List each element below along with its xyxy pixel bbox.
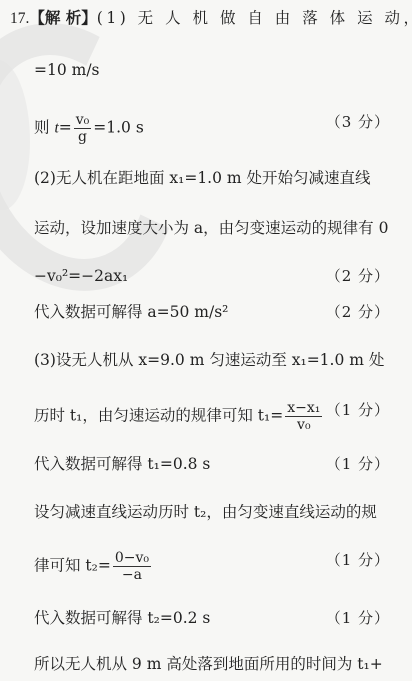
- line-text: 代入数据可解得 t₁=0.8 s: [34, 455, 210, 473]
- solution-header-line: 17.【解 析】(1) 无 人 机 做 自 由 落 体 运 动，达 到 v₀: [10, 8, 412, 29]
- score-badge: （2 分）: [326, 302, 390, 322]
- line-text: 设匀减速直线运动历时 t₂，由匀变速直线运动的规: [34, 503, 377, 521]
- score-badge: （1 分）: [326, 550, 390, 570]
- line-11: 设匀减速直线运动历时 t₂，由匀变速直线运动的规: [34, 502, 412, 522]
- score-badge: （3 分）: [326, 112, 390, 132]
- line-14: 所以无人机从 9 m 高处落到地面所用的时间为 t₁+: [34, 654, 412, 674]
- line-text: 所以无人机从 9 m 高处落到地面所用的时间为 t₁+: [34, 655, 383, 673]
- score-badge: （1 分）: [326, 454, 390, 474]
- fraction-denominator: v₀: [295, 417, 313, 433]
- line-text: 代入数据可解得 t₂=0.2 s: [34, 609, 210, 627]
- line-text: 运动，设加速度大小为 a，由匀变速运动的规律有 0: [34, 219, 388, 237]
- fraction: v₀g: [74, 112, 92, 145]
- line-3: 则 t=v₀g=1.0 s （3 分）: [34, 112, 412, 145]
- fraction-numerator: v₀: [74, 112, 92, 129]
- analysis-label: 【解 析】: [29, 8, 96, 27]
- line-8: (3)设无人机从 x=9.0 m 匀速运动至 x₁=1.0 m 处: [34, 350, 412, 370]
- line-6: −v₀²=−2ax₁ （2 分）: [34, 266, 412, 286]
- line-10: 代入数据可解得 t₁=0.8 s （1 分）: [34, 454, 412, 474]
- line-12: 律可知 t₂=0−v₀−a （1 分）: [34, 550, 412, 583]
- line-text: =10 m/s: [34, 61, 100, 79]
- line-prefix: 则: [34, 119, 54, 137]
- line-rest: =1.0 s: [93, 119, 144, 137]
- score-badge: （1 分）: [326, 608, 390, 628]
- line-7: 代入数据可解得 a=50 m/s² （2 分）: [34, 302, 412, 322]
- line-13: 代入数据可解得 t₂=0.2 s （1 分）: [34, 608, 412, 628]
- score-badge: （1 分）: [326, 400, 390, 420]
- line-9: 历时 t₁，由匀速运动的规律可知 t₁=x−x₁v₀ （1 分）: [34, 400, 412, 433]
- line-text: (2)无人机在距地面 x₁=1.0 m 处开始匀减速直线: [34, 169, 371, 187]
- line-2: =10 m/s: [34, 60, 412, 80]
- line-text: (1) 无 人 机 做 自 由 落 体 运 动，达 到 v₀: [97, 9, 412, 27]
- line-text: 代入数据可解得 a=50 m/s²: [34, 303, 228, 321]
- score-badge: （2 分）: [326, 266, 390, 286]
- fraction-denominator: −a: [120, 567, 144, 583]
- line-prefix: 历时 t₁，由匀速运动的规律可知 t₁=: [34, 407, 283, 425]
- problem-number: 17.: [10, 10, 29, 27]
- fraction-numerator: x−x₁: [285, 400, 322, 417]
- fraction-denominator: g: [76, 129, 89, 145]
- line-text: −v₀²=−2ax₁: [34, 267, 128, 285]
- fraction: x−x₁v₀: [285, 400, 322, 433]
- line-4: (2)无人机在距地面 x₁=1.0 m 处开始匀减速直线: [34, 168, 412, 188]
- line-text: (3)设无人机从 x=9.0 m 匀速运动至 x₁=1.0 m 处: [34, 351, 384, 369]
- line-5: 运动，设加速度大小为 a，由匀变速运动的规律有 0: [34, 218, 412, 238]
- fraction-numerator: 0−v₀: [113, 550, 151, 567]
- equals: =: [59, 119, 72, 137]
- fraction: 0−v₀−a: [113, 550, 151, 583]
- line-prefix: 律可知 t₂=: [34, 557, 111, 575]
